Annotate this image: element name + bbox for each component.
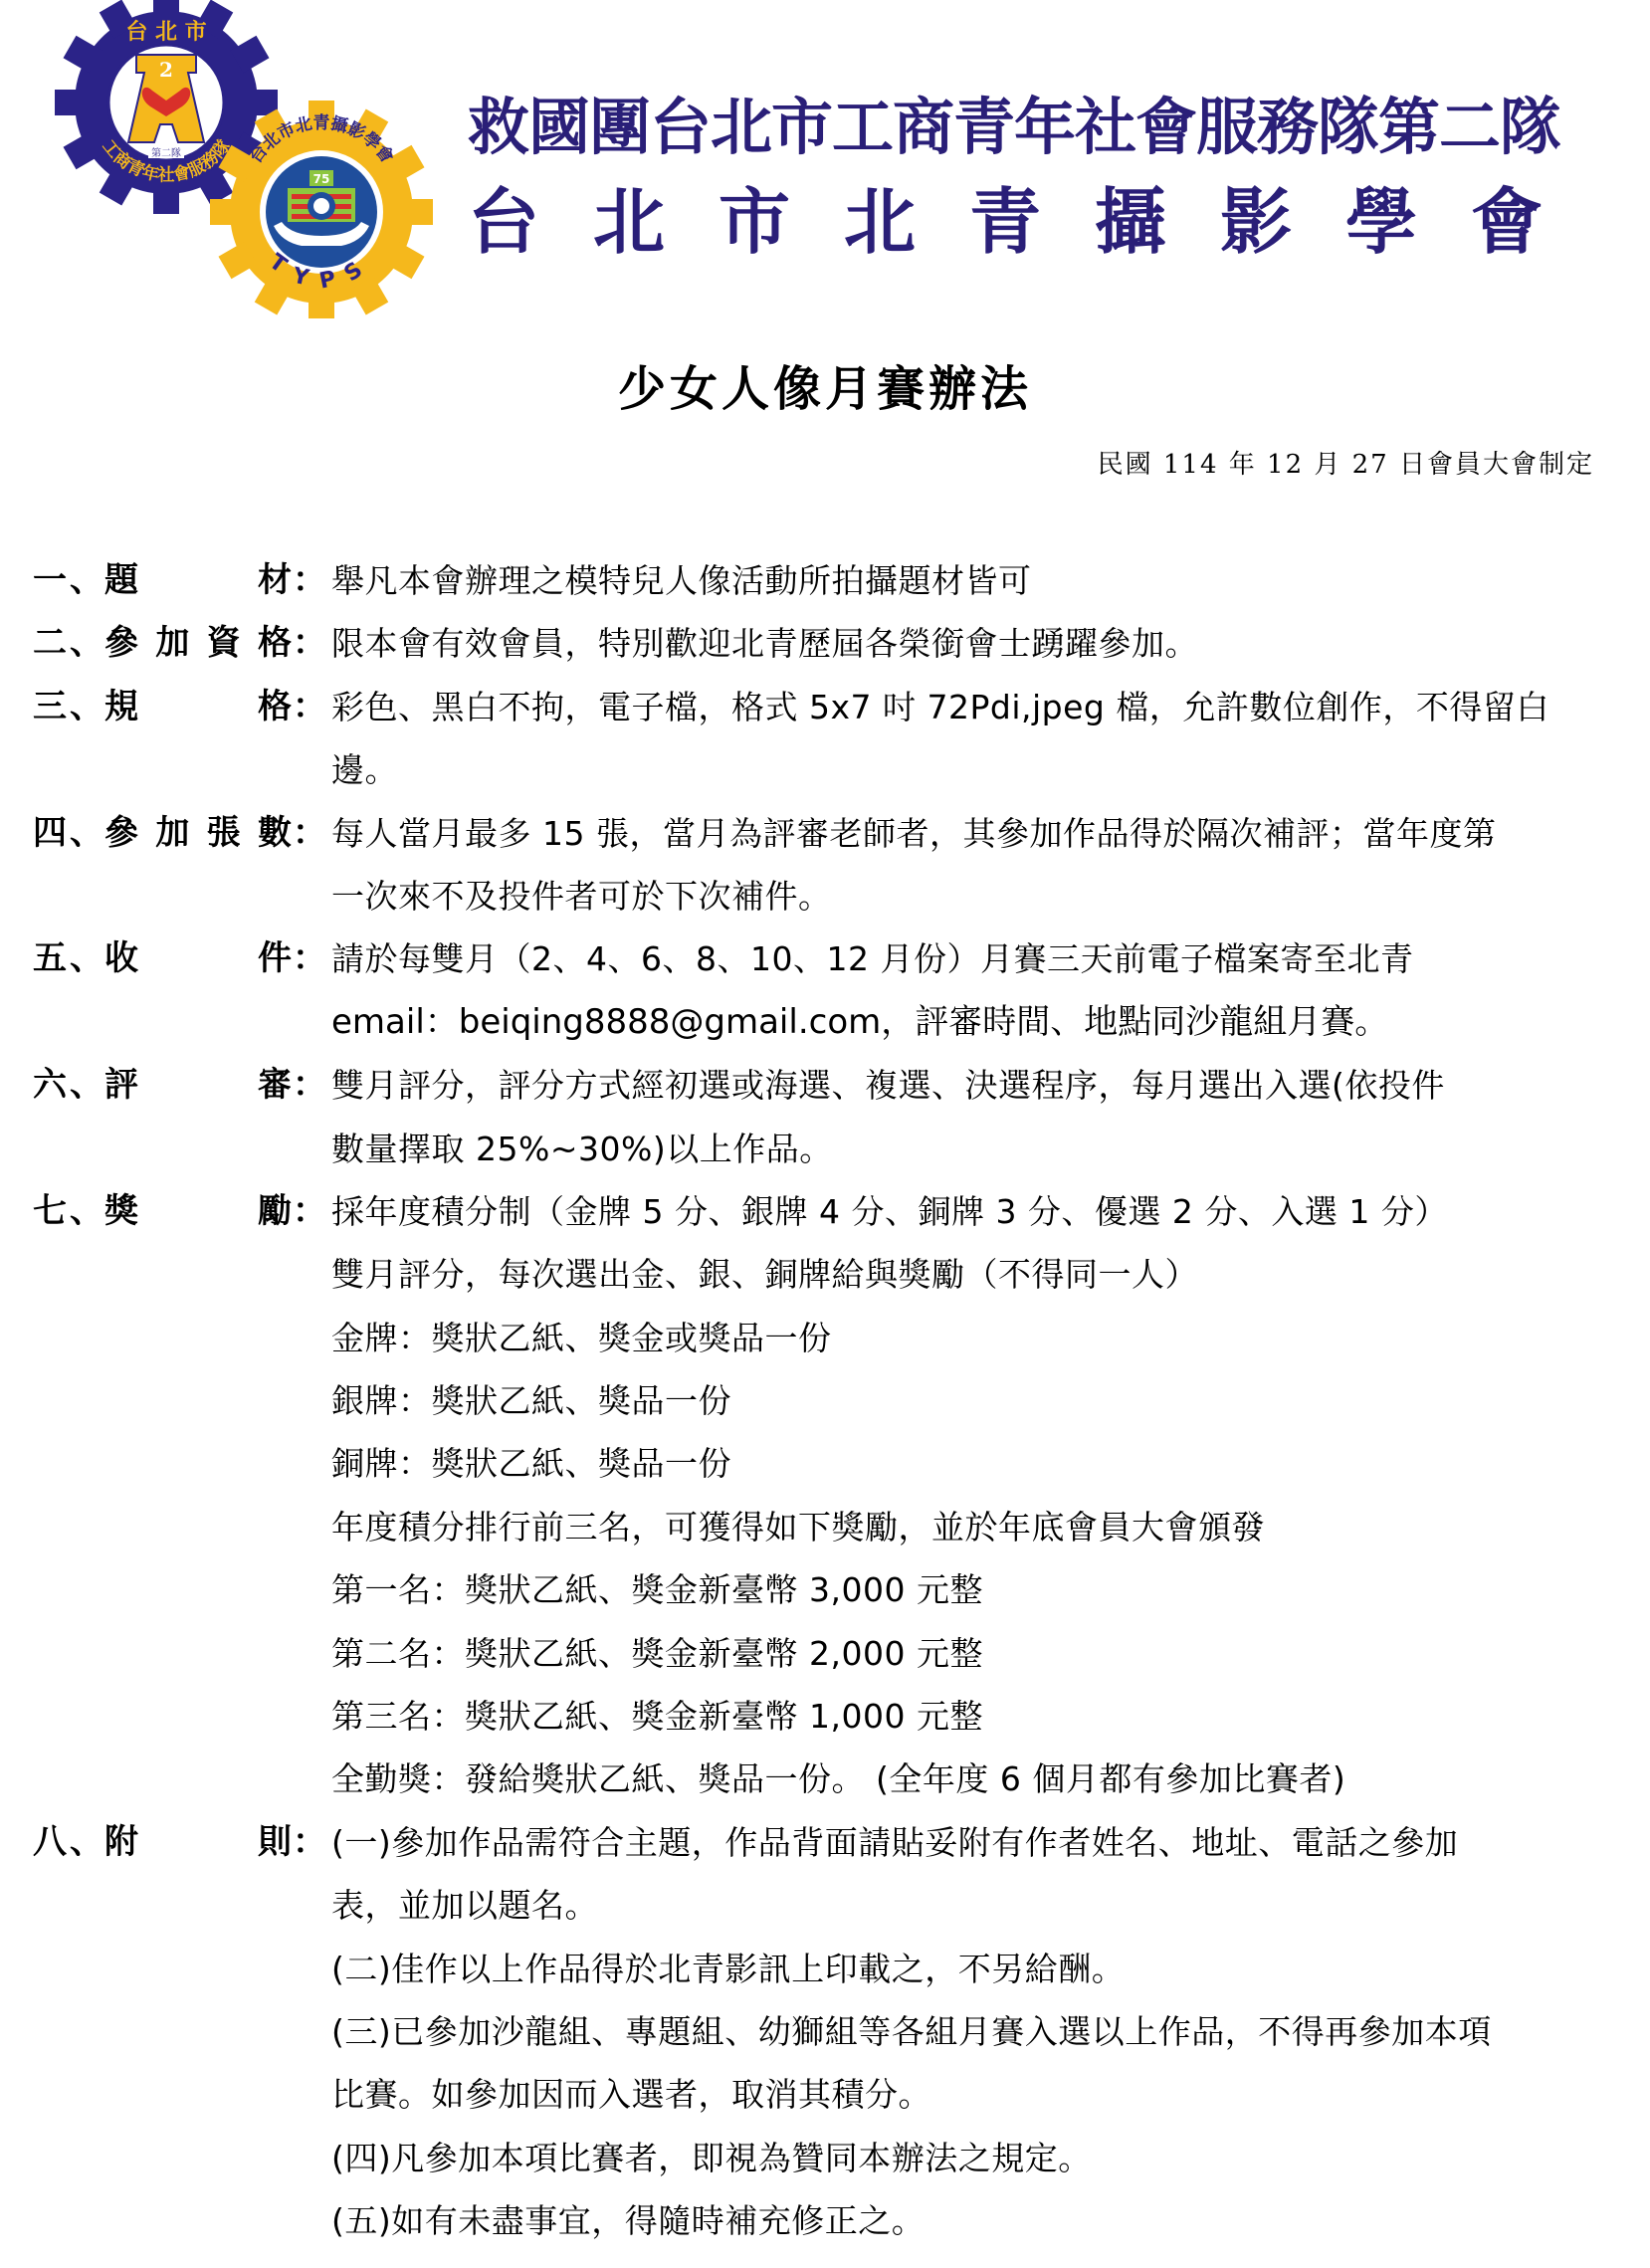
content-line: (三)已參加沙龍組、專題組、幼獅組等各組月賽入選以上作品，不得再參加本項	[331, 2000, 1610, 2063]
section-name-char: 參	[104, 612, 138, 675]
section-content: 每人當月最多 15 張，當月為評審老師者，其參加作品得於隔次補評；當年度第一次來…	[331, 802, 1650, 928]
content-line: 請於每雙月（2、4、6、8、10、12 月份）月賽三天前電子檔案寄至北青	[331, 928, 1610, 990]
content-line: 比賽。如參加因而入選者，取消其積分。	[331, 2063, 1610, 2126]
section-row: 二、參加資格：限本會有效會員，特別歡迎北青歷屆各榮銜會士踴躍參加。	[0, 612, 1650, 675]
section-separator: 、	[69, 1180, 104, 1243]
content-line: (四)凡參加本項比賽者，即視為贊同本辦法之規定。	[331, 2127, 1610, 2189]
section-row: 三、規格：彩色、黑白不拘，電子檔，格式 5x7 吋 72Pdi,jpeg 檔，允…	[0, 676, 1650, 802]
svg-text:75: 75	[313, 172, 330, 186]
section-content: 舉凡本會辦理之模特兒人像活動所拍攝題材皆可	[331, 549, 1650, 612]
section-name: 獎勵	[104, 1180, 292, 1243]
section-name-char: 審	[258, 1054, 292, 1117]
section-name: 評審	[104, 1054, 292, 1117]
section-name-char: 獎	[104, 1180, 138, 1243]
section-name: 收件	[104, 928, 292, 990]
section-name-char: 題	[104, 549, 138, 612]
section-colon: ：	[292, 928, 327, 990]
org-name-line2: 台北市北青攝影學會	[468, 164, 1596, 268]
content-line: 數量擇取 25%~30%)以上作品。	[331, 1118, 1610, 1180]
section-colon: ：	[292, 802, 327, 865]
section-name: 參加資格	[104, 612, 292, 675]
section-row: 四、參加張數：每人當月最多 15 張，當月為評審老師者，其參加作品得於隔次補評；…	[0, 802, 1650, 928]
content-line: 雙月評分，每次選出金、銀、銅牌給與獎勵（不得同一人）	[331, 1243, 1610, 1306]
section-separator: 、	[69, 1811, 104, 1874]
section-label: 八、附則：	[33, 1811, 331, 1874]
section-row: 五、收件：請於每雙月（2、4、6、8、10、12 月份）月賽三天前電子檔案寄至北…	[0, 928, 1650, 1054]
content-line: (二)佳作以上作品得於北青影訊上印載之，不另給酬。	[331, 1938, 1610, 2000]
section-name-char: 參	[104, 802, 138, 865]
section-colon: ：	[292, 1180, 327, 1243]
section-colon: ：	[292, 1811, 327, 1874]
svg-text:台 北 市: 台 北 市	[125, 19, 206, 45]
section-number: 七	[33, 1180, 69, 1243]
content-line: 限本會有效會員，特別歡迎北青歷屆各榮銜會士踴躍參加。	[331, 612, 1610, 675]
section-content: 彩色、黑白不拘，電子檔，格式 5x7 吋 72Pdi,jpeg 檔，允許數位創作…	[331, 676, 1650, 802]
content-line: (一)參加作品需符合主題，作品背面請貼妥附有作者姓名、地址、電話之參加	[331, 1811, 1610, 1874]
section-name-char: 格	[258, 612, 292, 675]
section-label: 四、參加張數：	[33, 802, 331, 865]
section-name-char: 材	[258, 549, 292, 612]
content-line: 採年度積分制（金牌 5 分、銀牌 4 分、銅牌 3 分、優選 2 分、入選 1 …	[331, 1180, 1610, 1243]
section-name: 附則	[104, 1811, 292, 1874]
section-number: 二	[33, 612, 69, 675]
section-separator: 、	[69, 928, 104, 990]
section-label: 五、收件：	[33, 928, 331, 990]
section-name-char: 附	[104, 1811, 138, 1874]
org-name-line1: 救國團台北市工商青年社會服務隊第二隊	[468, 78, 1560, 166]
section-colon: ：	[292, 676, 327, 738]
enacted-date: 民國 114 年 12 月 27 日會員大會制定	[1098, 444, 1594, 481]
section-name-char: 則	[258, 1811, 292, 1874]
header-logos: 2 第二隊 台 北 市 工商青年社會服務隊	[0, 0, 448, 318]
document-title: 少女人像月賽辦法	[0, 350, 1650, 419]
section-number: 一	[33, 549, 69, 612]
section-content: 限本會有效會員，特別歡迎北青歷屆各榮銜會士踴躍參加。	[331, 612, 1650, 675]
section-label: 三、規格：	[33, 676, 331, 738]
content-line: 銅牌：獎狀乙紙、獎品一份	[331, 1432, 1610, 1495]
section-label: 七、獎勵：	[33, 1180, 331, 1243]
section-name: 題材	[104, 549, 292, 612]
section-name: 參加張數	[104, 802, 292, 865]
content-line: 第一名：獎狀乙紙、獎金新臺幣 3,000 元整	[331, 1558, 1610, 1621]
section-name: 規格	[104, 676, 292, 738]
section-row: 六、評審：雙月評分，評分方式經初選或海選、複選、決選程序，每月選出入選(依投件數…	[0, 1054, 1650, 1180]
section-name-char: 張	[207, 802, 241, 865]
section-number: 三	[33, 676, 69, 738]
content-line: 每人當月最多 15 張，當月為評審老師者，其參加作品得於隔次補評；當年度第	[331, 802, 1610, 865]
section-number: 六	[33, 1054, 69, 1117]
section-name-char: 加	[155, 802, 189, 865]
section-number: 八	[33, 1811, 69, 1874]
section-colon: ：	[292, 1054, 327, 1117]
section-row: 七、獎勵：採年度積分制（金牌 5 分、銀牌 4 分、銅牌 3 分、優選 2 分、…	[0, 1180, 1650, 1811]
content-line: 全勤獎：發給獎狀乙紙、獎品一份。 (全年度 6 個月都有參加比賽者)	[331, 1748, 1610, 1810]
section-name-char: 件	[258, 928, 292, 990]
content-line: 表，並加以題名。	[331, 1874, 1610, 1937]
content-line: 年度積分排行前三名，可獲得如下獎勵，並於年底會員大會頒發	[331, 1496, 1610, 1558]
email-line: email：beiqing8888@gmail.com，評審時間、地點同沙龍組月…	[331, 991, 1610, 1054]
section-colon: ：	[292, 612, 327, 675]
content-line: 舉凡本會辦理之模特兒人像活動所拍攝題材皆可	[331, 549, 1610, 612]
section-separator: 、	[69, 612, 104, 675]
section-separator: 、	[69, 1054, 104, 1117]
section-number: 五	[33, 928, 69, 990]
section-content: 請於每雙月（2、4、6、8、10、12 月份）月賽三天前電子檔案寄至北青emai…	[331, 928, 1650, 1054]
content-line: 第三名：獎狀乙紙、獎金新臺幣 1,000 元整	[331, 1685, 1610, 1748]
section-row: 一、題材：舉凡本會辦理之模特兒人像活動所拍攝題材皆可	[0, 549, 1650, 612]
svg-text:第二隊: 第二隊	[151, 146, 181, 159]
section-name-char: 資	[207, 612, 241, 675]
content-line: 邊。	[331, 738, 1610, 801]
content-line: (五)如有未盡事宜，得隨時補充修正之。	[331, 2189, 1610, 2252]
section-content: (一)參加作品需符合主題，作品背面請貼妥附有作者姓名、地址、電話之參加表，並加以…	[331, 1811, 1650, 2253]
section-name-char: 加	[155, 612, 189, 675]
content-line: 雙月評分，評分方式經初選或海選、複選、決選程序，每月選出入選(依投件	[331, 1054, 1610, 1117]
content-line: 金牌：獎狀乙紙、獎金或獎品一份	[331, 1307, 1610, 1369]
section-label: 六、評審：	[33, 1054, 331, 1117]
org-emblems-icon: 2 第二隊 台 北 市 工商青年社會服務隊	[0, 0, 448, 318]
section-separator: 、	[69, 676, 104, 738]
section-content: 採年度積分制（金牌 5 分、銀牌 4 分、銅牌 3 分、優選 2 分、入選 1 …	[331, 1180, 1650, 1811]
section-separator: 、	[69, 802, 104, 865]
section-content: 雙月評分，評分方式經初選或海選、複選、決選程序，每月選出入選(依投件數量擇取 2…	[331, 1054, 1650, 1180]
section-name-char: 勵	[258, 1180, 292, 1243]
section-separator: 、	[69, 549, 104, 612]
rules-sections: 一、題材：舉凡本會辦理之模特兒人像活動所拍攝題材皆可二、參加資格：限本會有效會員…	[0, 549, 1650, 2253]
section-name-char: 規	[104, 676, 138, 738]
content-line: 一次來不及投件者可於下次補件。	[331, 865, 1610, 928]
section-name-char: 收	[104, 928, 138, 990]
section-colon: ：	[292, 549, 327, 612]
section-name-char: 數	[258, 802, 292, 865]
section-label: 一、題材：	[33, 549, 331, 612]
section-number: 四	[33, 802, 69, 865]
content-line: 第二名：獎狀乙紙、獎金新臺幣 2,000 元整	[331, 1622, 1610, 1685]
section-row: 八、附則：(一)參加作品需符合主題，作品背面請貼妥附有作者姓名、地址、電話之參加…	[0, 1811, 1650, 2253]
section-name-char: 格	[258, 676, 292, 738]
section-name-char: 評	[104, 1054, 138, 1117]
section-label: 二、參加資格：	[33, 612, 331, 675]
content-line: 彩色、黑白不拘，電子檔，格式 5x7 吋 72Pdi,jpeg 檔，允許數位創作…	[331, 676, 1610, 738]
content-line: 銀牌：獎狀乙紙、獎品一份	[331, 1369, 1610, 1432]
svg-text:2: 2	[159, 58, 173, 82]
